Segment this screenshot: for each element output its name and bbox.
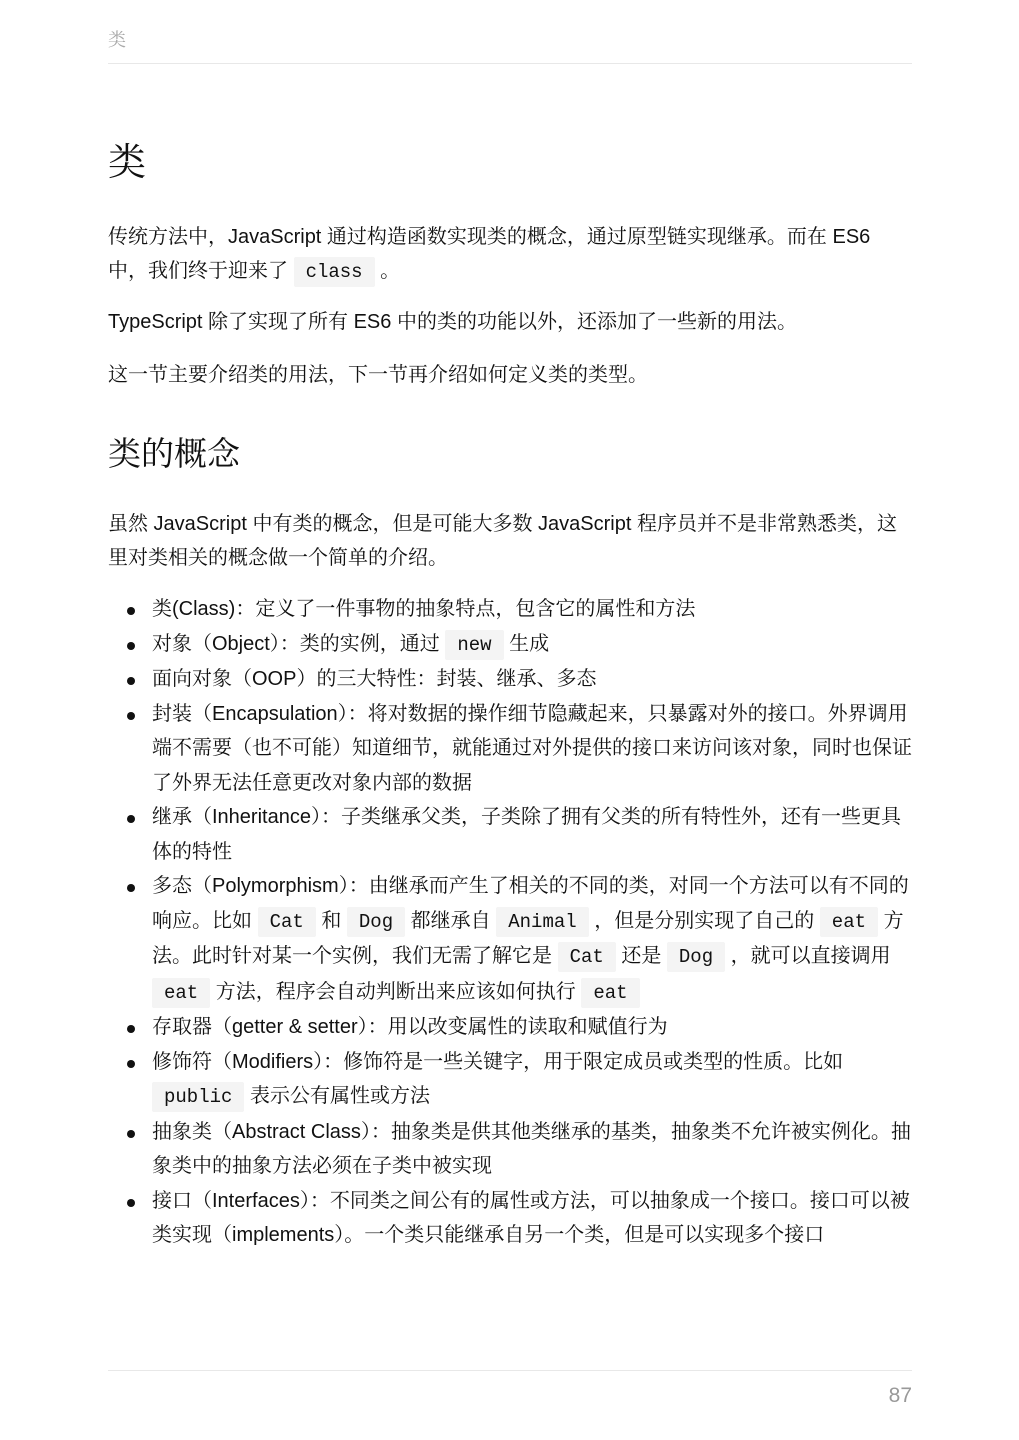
list-item: 修饰符（Modifiers）：修饰符是一些关键字，用于限定成员或类型的性质。比如… <box>152 1045 912 1115</box>
inline-code: Dog <box>667 942 725 972</box>
header-divider <box>108 63 912 64</box>
list-item-text: 接口（Interfaces）：不同类之间公有的属性或方法，可以抽象成一个接口。接… <box>152 1190 910 1247</box>
list-item: 对象（Object）：类的实例，通过 new 生成 <box>152 627 912 663</box>
list-item: 存取器（getter & setter）：用以改变属性的读取和赋值行为 <box>152 1010 912 1045</box>
intro-paragraph-1: 传统方法中，JavaScript 通过构造函数实现类的概念，通过原型链实现继承。… <box>108 220 908 289</box>
list-item-text: 抽象类（Abstract Class）：抽象类是供其他类继承的基类，抽象类不允许… <box>152 1121 911 1178</box>
inline-code: Cat <box>258 907 316 937</box>
list-item: 类(Class)：定义了一件事物的抽象特点，包含它的属性和方法 <box>152 592 912 627</box>
list-item-text: 面向对象（OOP）的三大特性：封装、继承、多态 <box>152 668 596 690</box>
section-paragraph: 虽然 JavaScript 中有类的概念，但是可能大多数 JavaScript … <box>108 507 908 575</box>
footer-divider <box>108 1370 912 1371</box>
section-heading: 类的概念 <box>108 432 240 476</box>
list-item: 接口（Interfaces）：不同类之间公有的属性或方法，可以抽象成一个接口。接… <box>152 1184 912 1253</box>
list-item-text: 都继承自 <box>405 910 496 932</box>
list-item-text: 表示公有属性或方法 <box>244 1085 430 1107</box>
list-item-text: 封装（Encapsulation）：将对数据的操作细节隐藏起来，只暴露对外的接口… <box>152 703 912 794</box>
list-item-text: 继承（Inheritance）：子类继承父类，子类除了拥有父类的所有特性外，还有… <box>152 806 901 863</box>
page-title: 类 <box>108 138 146 186</box>
inline-code: Animal <box>496 907 588 937</box>
intro-paragraph-3: 这一节主要介绍类的用法，下一节再介绍如何定义类的类型。 <box>108 358 908 392</box>
list-item-text: 类(Class)：定义了一件事物的抽象特点，包含它的属性和方法 <box>152 598 695 620</box>
inline-code: eat <box>152 978 210 1008</box>
inline-code: Dog <box>347 907 405 937</box>
list-item-text: 存取器（getter & setter）：用以改变属性的读取和赋值行为 <box>152 1016 668 1038</box>
list-item-text: 修饰符（Modifiers）：修饰符是一些关键字，用于限定成员或类型的性质。比如 <box>152 1051 843 1073</box>
list-item-text: 和 <box>316 910 347 932</box>
intro-text-end: 。 <box>375 260 401 282</box>
running-header: 类 <box>108 26 126 52</box>
list-item: 抽象类（Abstract Class）：抽象类是供其他类继承的基类，抽象类不允许… <box>152 1115 912 1184</box>
list-item-text: 方法，程序会自动判断出来应该如何执行 <box>210 981 581 1003</box>
list-item-text: 对象（Object）：类的实例，通过 <box>152 633 445 655</box>
intro-paragraph-2: TypeScript 除了实现了所有 ES6 中的类的功能以外，还添加了一些新的… <box>108 305 908 339</box>
list-item: 多态（Polymorphism）：由继承而产生了相关的不同的类，对同一个方法可以… <box>152 869 912 1010</box>
list-item: 封装（Encapsulation）：将对数据的操作细节隐藏起来，只暴露对外的接口… <box>152 697 912 801</box>
inline-code: new <box>445 630 503 660</box>
inline-code: public <box>152 1082 244 1112</box>
list-item-text: ，但是分别实现了自己的 <box>589 910 820 932</box>
inline-code: Cat <box>558 942 616 972</box>
list-item-text: 生成 <box>504 633 550 655</box>
inline-code: class <box>294 257 375 287</box>
page-number: 87 <box>889 1384 912 1408</box>
list-item: 面向对象（OOP）的三大特性：封装、继承、多态 <box>152 662 912 697</box>
list-item-text: 还是 <box>616 945 667 967</box>
list-item-text: ，就可以直接调用 <box>725 945 891 967</box>
intro-text: 传统方法中，JavaScript 通过构造函数实现类的概念，通过原型链实现继承。… <box>108 226 870 282</box>
inline-code: eat <box>820 907 878 937</box>
concept-list: 类(Class)：定义了一件事物的抽象特点，包含它的属性和方法对象（Object… <box>108 592 912 1253</box>
inline-code: eat <box>581 978 639 1008</box>
list-item: 继承（Inheritance）：子类继承父类，子类除了拥有父类的所有特性外，还有… <box>152 800 912 869</box>
